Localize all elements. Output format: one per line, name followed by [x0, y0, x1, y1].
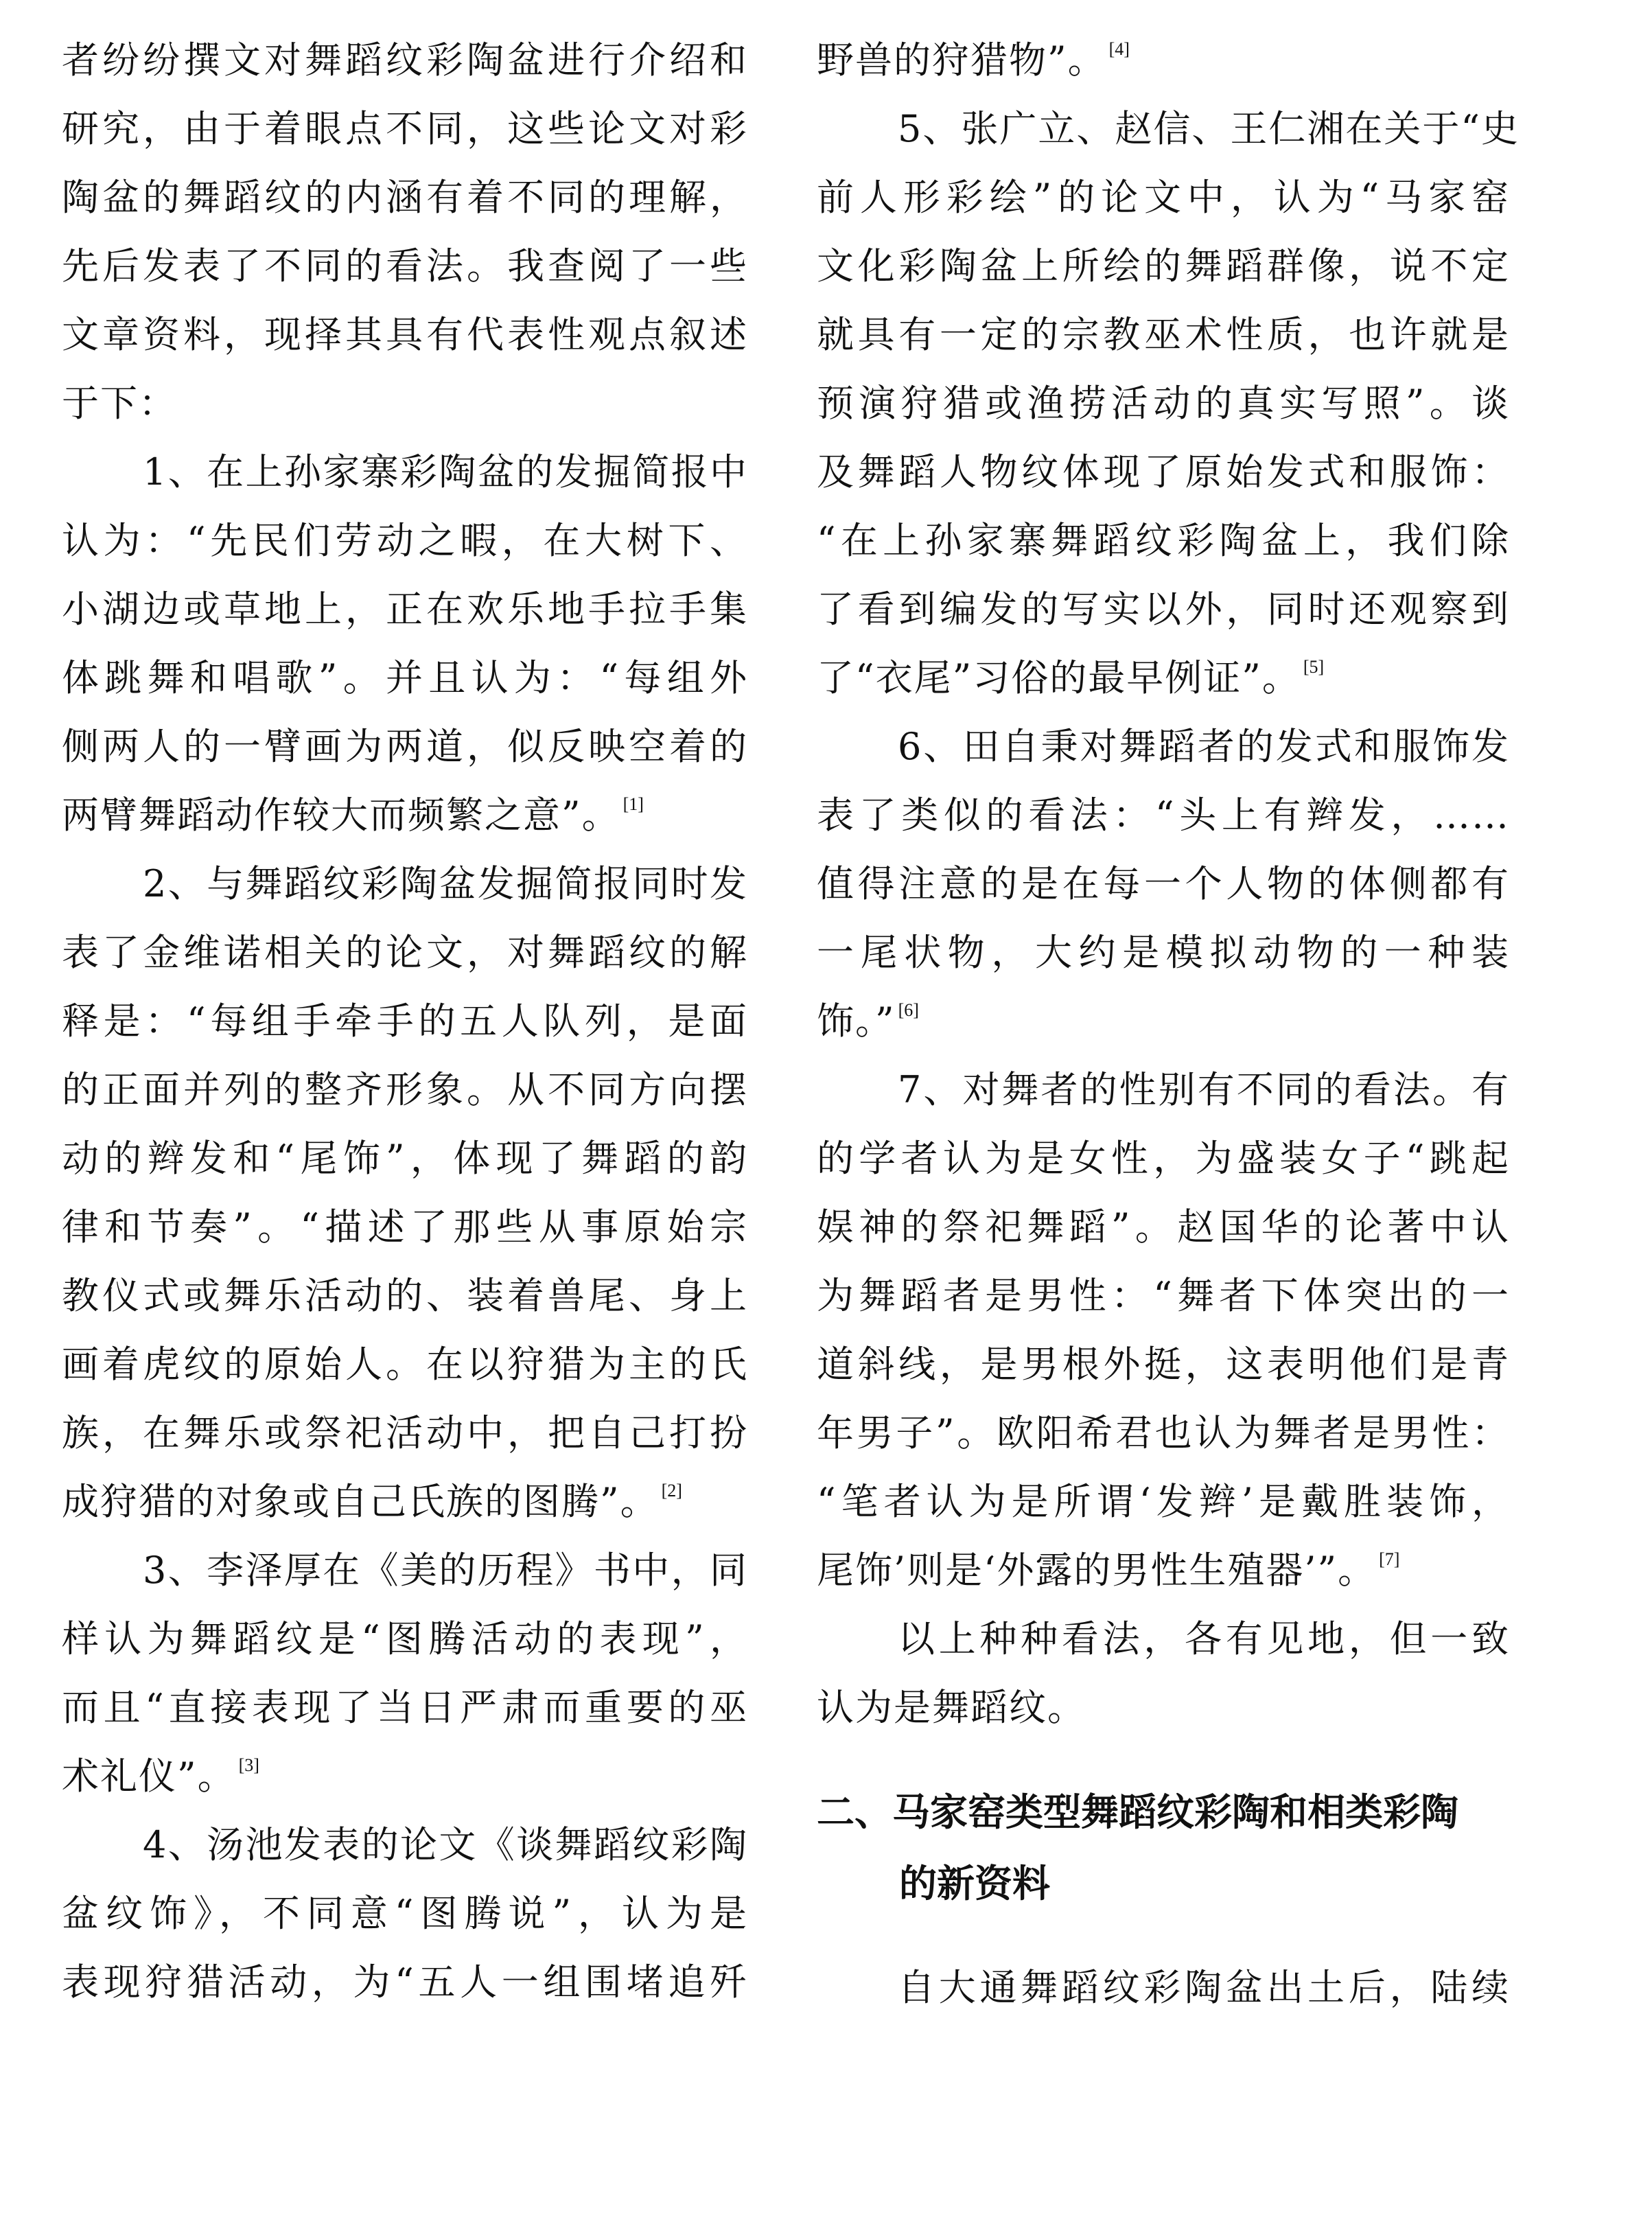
paragraph-summary: 以上种种看法，各有见地，但一致 认为是舞蹈纹。: [817, 1605, 1510, 1742]
text-line: 族，在舞乐或祭祀活动中，把自己打扮: [62, 1399, 748, 1468]
text-line: 而且“直接表现了当日严肃而重要的巫: [62, 1674, 748, 1742]
paragraph-view-2: 2、与舞蹈纹彩陶盆发掘简报同时发 表了金维诺相关的论文，对舞蹈纹的解 释是：“每…: [62, 850, 748, 1536]
text-line: 释是：“每组手牵手的五人队列，是面: [62, 987, 748, 1056]
text-line: 及舞蹈人物纹体现了原始发式和服饰：: [817, 438, 1510, 507]
paragraph-view-5: 5、张广立、赵信、王仁湘在关于“史 前人形彩绘”的论文中，认为“马家窑 文化彩陶…: [817, 95, 1510, 713]
text-line: 尾饰’则是‘外露的男性生殖器’”。[7]: [817, 1536, 1510, 1605]
text-line: 4、汤池发表的论文《谈舞蹈纹彩陶: [62, 1811, 748, 1879]
text-line: 了“衣尾”习俗的最早例证”。[5]: [817, 644, 1510, 713]
line-text: 两臂舞蹈动作较大而频繁之意”。: [62, 794, 620, 837]
text-line: 的学者认为是女性，为盛装女子“跳起: [817, 1124, 1510, 1193]
text-line: 饰。”[6]: [817, 987, 1510, 1056]
citation-ref: [2]: [662, 1481, 682, 1501]
text-line: 5、张广立、赵信、王仁湘在关于“史: [817, 95, 1510, 163]
text-line: 者纷纷撰文对舞蹈纹彩陶盆进行介绍和: [62, 26, 748, 95]
text-line: 道斜线，是男根外挺，这表明他们是青: [817, 1330, 1510, 1399]
text-line: 预演狩猎或渔捞活动的真实写照”。谈: [817, 369, 1510, 438]
text-line: 动的辫发和“尾饰”，体现了舞蹈的韵: [62, 1124, 748, 1193]
paragraph-view-4-cont: 野兽的狩猎物”。[4]: [817, 26, 1510, 95]
text-line: 一尾状物，大约是模拟动物的一种装: [817, 918, 1510, 987]
text-line: 以上种种看法，各有见地，但一致: [817, 1605, 1510, 1674]
paragraph-view-3: 3、李泽厚在《美的历程》书中，同 样认为舞蹈纹是“图腾活动的表现”， 而且“直接…: [62, 1536, 748, 1811]
section-heading-line: 的新资料: [817, 1848, 1510, 1919]
text-line: 7、对舞者的性别有不同的看法。有: [817, 1056, 1510, 1124]
text-line: 年男子”。欧阳希君也认为舞者是男性：: [817, 1399, 1510, 1468]
text-line: 就具有一定的宗教巫术性质，也许就是: [817, 301, 1510, 369]
line-text: 术礼仪”。: [62, 1755, 236, 1798]
text-line: 文化彩陶盆上所绘的舞蹈群像，说不定: [817, 232, 1510, 301]
text-line: 画着虎纹的原始人。在以狩猎为主的氏: [62, 1330, 748, 1399]
citation-ref: [4]: [1109, 39, 1130, 59]
text-line: 值得注意的是在每一个人物的体侧都有: [817, 850, 1510, 918]
paragraph-view-6: 6、田自秉对舞蹈者的发式和服饰发 表了类似的看法：“头上有辫发，…… 值得注意的…: [817, 713, 1510, 1056]
text-line: 1、在上孙家寨彩陶盆的发掘简报中: [62, 438, 748, 507]
text-line: 成狩猎的对象或自己氏族的图腾”。[2]: [62, 1468, 748, 1536]
text-line: 自大通舞蹈纹彩陶盆出土后，陆续: [817, 1954, 1510, 2022]
text-line: 了看到编发的写实以外，同时还观察到: [817, 575, 1510, 644]
text-line: 教仪式或舞乐活动的、装着兽尾、身上: [62, 1262, 748, 1330]
section-heading: 二、马家窑类型舞蹈纹彩陶和相类彩陶 的新资料: [817, 1776, 1510, 1919]
paragraph-view-1: 1、在上孙家寨彩陶盆的发掘简报中 认为：“先民们劳动之暇，在大树下、 小湖边或草…: [62, 438, 748, 850]
spacer: [817, 1919, 1510, 1954]
text-line: 两臂舞蹈动作较大而频繁之意”。[1]: [62, 781, 748, 850]
line-text: 饰。”: [817, 999, 896, 1043]
paragraph-intro: 者纷纷撰文对舞蹈纹彩陶盆进行介绍和 研究，由于着眼点不同，这些论文对彩 陶盆的舞…: [62, 26, 748, 438]
text-line: 样认为舞蹈纹是“图腾活动的表现”，: [62, 1605, 748, 1674]
text-line: 研究，由于着眼点不同，这些论文对彩: [62, 95, 748, 163]
text-line: 表了类似的看法：“头上有辫发，……: [817, 781, 1510, 850]
text-line: 陶盆的舞蹈纹的内涵有着不同的理解，: [62, 163, 748, 232]
text-line: 的正面并列的整齐形象。从不同方向摆: [62, 1056, 748, 1124]
text-line: 2、与舞蹈纹彩陶盆发掘简报同时发: [62, 850, 748, 918]
line-text: 尾饰’则是‘外露的男性生殖器’”。: [817, 1549, 1376, 1592]
text-line: “在上孙家寨舞蹈纹彩陶盆上，我们除: [817, 507, 1510, 575]
text-line: 为舞蹈者是男性：“舞者下体突出的一: [817, 1262, 1510, 1330]
text-line: 表了金维诺相关的论文，对舞蹈纹的解: [62, 918, 748, 987]
paragraph-view-7: 7、对舞者的性别有不同的看法。有 的学者认为是女性，为盛装女子“跳起 娱神的祭祀…: [817, 1056, 1510, 1605]
text-line: 盆纹饰》，不同意“图腾说”，认为是: [62, 1879, 748, 1948]
text-line: 文章资料，现择其具有代表性观点叙述: [62, 301, 748, 369]
citation-ref: [7]: [1379, 1549, 1399, 1569]
text-line: 于下：: [62, 369, 748, 438]
text-line: 认为是舞蹈纹。: [817, 1674, 1510, 1742]
text-line: 前人形彩绘”的论文中，认为“马家窑: [817, 163, 1510, 232]
text-line: 3、李泽厚在《美的历程》书中，同: [62, 1536, 748, 1605]
text-line: 先后发表了不同的看法。我查阅了一些: [62, 232, 748, 301]
paragraph-section-body: 自大通舞蹈纹彩陶盆出土后，陆续: [817, 1954, 1510, 2022]
section-heading-line: 二、马家窑类型舞蹈纹彩陶和相类彩陶: [817, 1776, 1510, 1848]
paragraph-view-4: 4、汤池发表的论文《谈舞蹈纹彩陶 盆纹饰》，不同意“图腾说”，认为是 表现狩猎活…: [62, 1811, 748, 2017]
text-line: 术礼仪”。[3]: [62, 1742, 748, 1811]
text-line: 6、田自秉对舞蹈者的发式和服饰发: [817, 713, 1510, 781]
text-line: 体跳舞和唱歌”。并且认为：“每组外: [62, 644, 748, 713]
text-line: 表现狩猎活动，为“五人一组围堵追歼: [62, 1948, 748, 2017]
citation-ref: [3]: [239, 1755, 259, 1775]
citation-ref: [6]: [898, 1000, 919, 1020]
spacer: [817, 1742, 1510, 1776]
line-text: 野兽的狩猎物”。: [817, 38, 1106, 82]
text-line: “笔者认为是所谓‘发辫’是戴胜装饰，: [817, 1468, 1510, 1536]
line-text: 成狩猎的对象或自己氏族的图腾”。: [62, 1480, 659, 1523]
citation-ref: [1]: [623, 794, 644, 814]
citation-ref: [5]: [1303, 657, 1324, 677]
line-text: 了“衣尾”习俗的最早例证”。: [817, 656, 1301, 699]
text-line: 律和节奏”。“描述了那些从事原始宗: [62, 1193, 748, 1262]
text-line: 野兽的狩猎物”。[4]: [817, 26, 1510, 95]
right-column: 野兽的狩猎物”。[4] 5、张广立、赵信、王仁湘在关于“史 前人形彩绘”的论文中…: [817, 26, 1510, 2022]
text-line: 小湖边或草地上，正在欢乐地手拉手集: [62, 575, 748, 644]
text-line: 侧两人的一臂画为两道，似反映空着的: [62, 713, 748, 781]
text-line: 认为：“先民们劳动之暇，在大树下、: [62, 507, 748, 575]
text-line: 娱神的祭祀舞蹈”。赵国华的论著中认: [817, 1193, 1510, 1262]
left-column: 者纷纷撰文对舞蹈纹彩陶盆进行介绍和 研究，由于着眼点不同，这些论文对彩 陶盆的舞…: [62, 26, 748, 2017]
